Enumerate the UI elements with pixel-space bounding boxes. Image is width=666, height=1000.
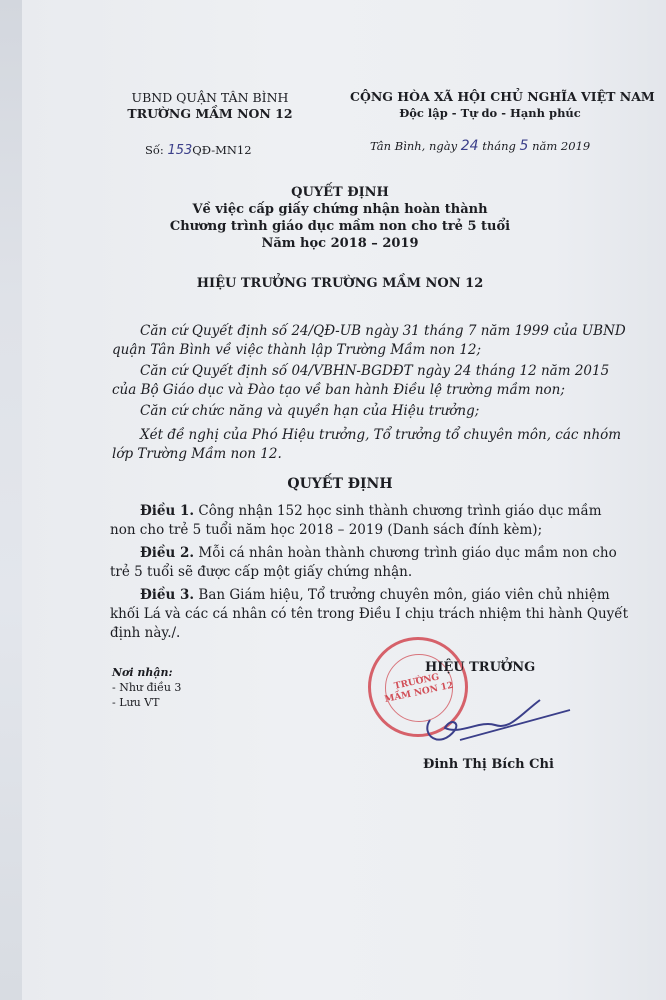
title-line-1: Về việc cấp giấy chứng nhận hoàn thành xyxy=(160,201,520,218)
title-line-2: Chương trình giáo dục mầm non cho trẻ 5 … xyxy=(160,218,520,235)
motto: Độc lập - Tự do - Hạnh phúc xyxy=(350,105,630,121)
decision-title: QUYẾT ĐỊNH Về việc cấp giấy chứng nhận h… xyxy=(160,184,520,252)
authority-line: HIỆU TRƯỞNG TRƯỜNG MẦM NON 12 xyxy=(160,276,520,291)
authority-name: UBND QUẬN TÂN BÌNH xyxy=(110,90,310,106)
recipients: Nơi nhận: - Như điều 3 - Lưu VT xyxy=(112,665,181,710)
date-line: Tân Bình, ngày 24 tháng 5 năm 2019 xyxy=(370,138,590,154)
decision-heading: QUYẾT ĐỊNH xyxy=(160,476,520,492)
recipients-label: Nơi nhận: xyxy=(112,665,181,680)
handwritten-month: 5 xyxy=(520,138,529,154)
header-left: UBND QUẬN TÂN BÌNH TRƯỜNG MẦM NON 12 xyxy=(110,90,310,122)
handwritten-day: 24 xyxy=(461,138,479,154)
school-name: TRƯỜNG MẦM NON 12 xyxy=(110,106,310,122)
handwritten-signature-icon xyxy=(400,680,580,760)
basis-3: Căn cứ chức năng và quyền hạn của Hiệu t… xyxy=(112,402,632,421)
header-right: CỘNG HÒA XÃ HỘI CHỦ NGHĨA VIỆT NAM Độc l… xyxy=(350,89,630,121)
document-photo: UBND QUẬN TÂN BÌNH TRƯỜNG MẦM NON 12 Số:… xyxy=(0,0,666,1000)
article-3: Điều 3. Ban Giám hiệu, Tổ trưởng chuyên … xyxy=(110,586,630,643)
article-1: Điều 1. Công nhận 152 học sinh thành chư… xyxy=(110,502,630,540)
recipient-item: - Lưu VT xyxy=(112,695,181,710)
basis-2: Căn cứ Quyết định số 04/VBHN-BGDĐT ngày … xyxy=(112,362,632,400)
recipient-item: - Như điều 3 xyxy=(112,680,181,695)
handwritten-number: 153 xyxy=(167,143,192,158)
country-name: CỘNG HÒA XÃ HỘI CHỦ NGHĨA VIỆT NAM xyxy=(350,89,630,105)
article-2: Điều 2. Mỗi cá nhân hoàn thành chương tr… xyxy=(110,544,630,582)
basis-1: Căn cứ Quyết định số 24/QĐ-UB ngày 31 th… xyxy=(112,322,632,360)
signer-name: Đinh Thị Bích Chi xyxy=(423,757,554,772)
signer-title: HIỆU TRƯỞNG xyxy=(425,660,535,675)
title-line-3: Năm học 2018 – 2019 xyxy=(160,235,520,252)
document-number: Số: 153QĐ-MN12 xyxy=(145,143,252,158)
title-heading: QUYẾT ĐỊNH xyxy=(160,184,520,201)
basis-4: Xét đề nghị của Phó Hiệu trưởng, Tổ trưở… xyxy=(112,426,632,464)
